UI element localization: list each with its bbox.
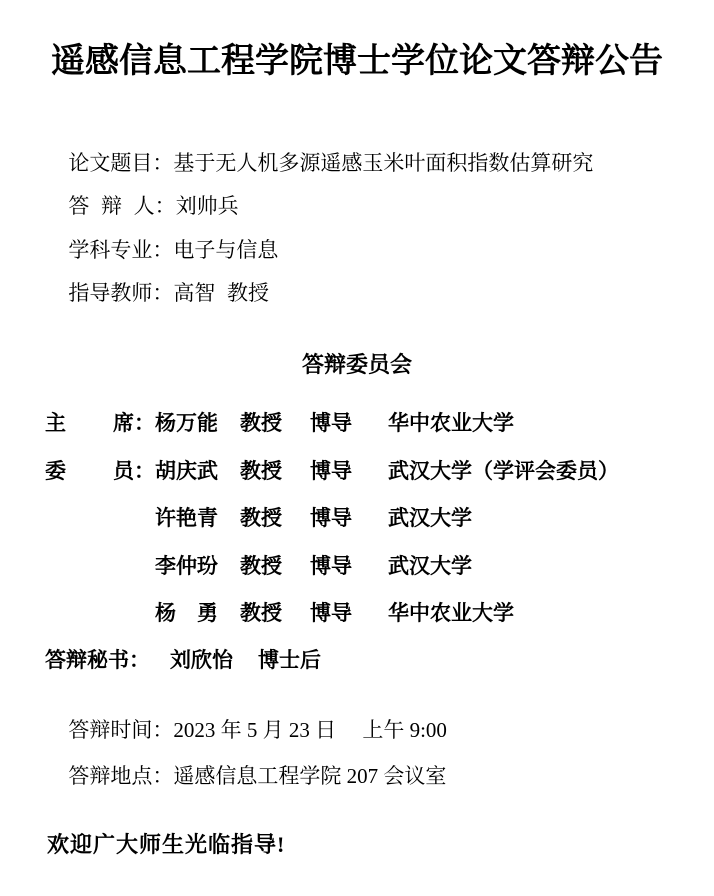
secretary-label: 答辩秘书： xyxy=(45,646,170,674)
defense-venue-line: 答辩地点：遥感信息工程学院 207 会议室 xyxy=(45,736,694,817)
page-title: 遥感信息工程学院博士学位论文答辩公告 xyxy=(0,42,714,81)
committee-role-right: 席： xyxy=(113,409,155,437)
committee-member-rank: 博导 xyxy=(310,409,388,437)
secretary-line: 答辩秘书： 刘欣怡 博士后 xyxy=(45,646,704,674)
committee-row-member: 杨 勇 教授 博导 华中农业大学 xyxy=(45,599,704,627)
committee-row-chair: 主席： 杨万能 教授 博导 华中农业大学 xyxy=(45,409,704,437)
committee-member-name: 许艳青 xyxy=(155,504,240,532)
committee-row-member: 许艳青 教授 博导 武汉大学 xyxy=(45,504,704,532)
committee-heading: 答辩委员会 xyxy=(0,351,714,379)
committee-member-title: 教授 xyxy=(240,457,310,485)
committee-member-name: 杨万能 xyxy=(155,409,240,437)
committee-row-member: 李仲玢 教授 博导 武汉大学 xyxy=(45,552,704,580)
committee-member-title: 教授 xyxy=(240,409,310,437)
committee-role: 委员： xyxy=(45,457,155,485)
committee-member-org: 武汉大学 xyxy=(388,552,704,580)
committee-member-rank: 博导 xyxy=(310,504,388,532)
defense-announcement-document: 遥感信息工程学院博士学位论文答辩公告 论文题目：基于无人机多源遥感玉米叶面积指数… xyxy=(0,0,714,896)
committee-member-name: 杨 勇 xyxy=(155,599,240,627)
committee-role: 主席： xyxy=(45,409,155,437)
advisor-line: 指导教师：高智 教授 xyxy=(45,253,694,334)
secretary-name: 刘欣怡 xyxy=(170,646,258,674)
defense-venue-label: 答辩地点： xyxy=(68,765,173,788)
advisor-value: 高智 教授 xyxy=(173,282,269,305)
committee-member-title: 教授 xyxy=(240,504,310,532)
committee-member-org: 武汉大学 xyxy=(388,504,704,532)
welcome-message: 欢迎广大师生光临指导! xyxy=(47,831,285,859)
committee-role-left: 委 xyxy=(45,457,66,485)
defense-venue-value: 遥感信息工程学院 207 会议室 xyxy=(173,764,446,788)
committee-member-org: 华中农业大学 xyxy=(388,599,704,627)
advisor-label: 指导教师： xyxy=(68,282,173,305)
committee-role-left: 主 xyxy=(45,409,66,437)
committee-role-right: 员： xyxy=(113,457,155,485)
committee-member-title: 教授 xyxy=(240,552,310,580)
committee-member-name: 胡庆武 xyxy=(155,457,240,485)
committee-member-name: 李仲玢 xyxy=(155,552,240,580)
committee-member-title: 教授 xyxy=(240,599,310,627)
committee-member-org: 武汉大学（学评会委员） xyxy=(388,457,704,485)
committee-member-org: 华中农业大学 xyxy=(388,409,704,437)
secretary-title: 博士后 xyxy=(258,646,321,674)
committee-member-rank: 博导 xyxy=(310,552,388,580)
committee-member-rank: 博导 xyxy=(310,457,388,485)
committee-member-rank: 博导 xyxy=(310,599,388,627)
committee-row-member: 委员： 胡庆武 教授 博导 武汉大学（学评会委员） xyxy=(45,457,704,485)
